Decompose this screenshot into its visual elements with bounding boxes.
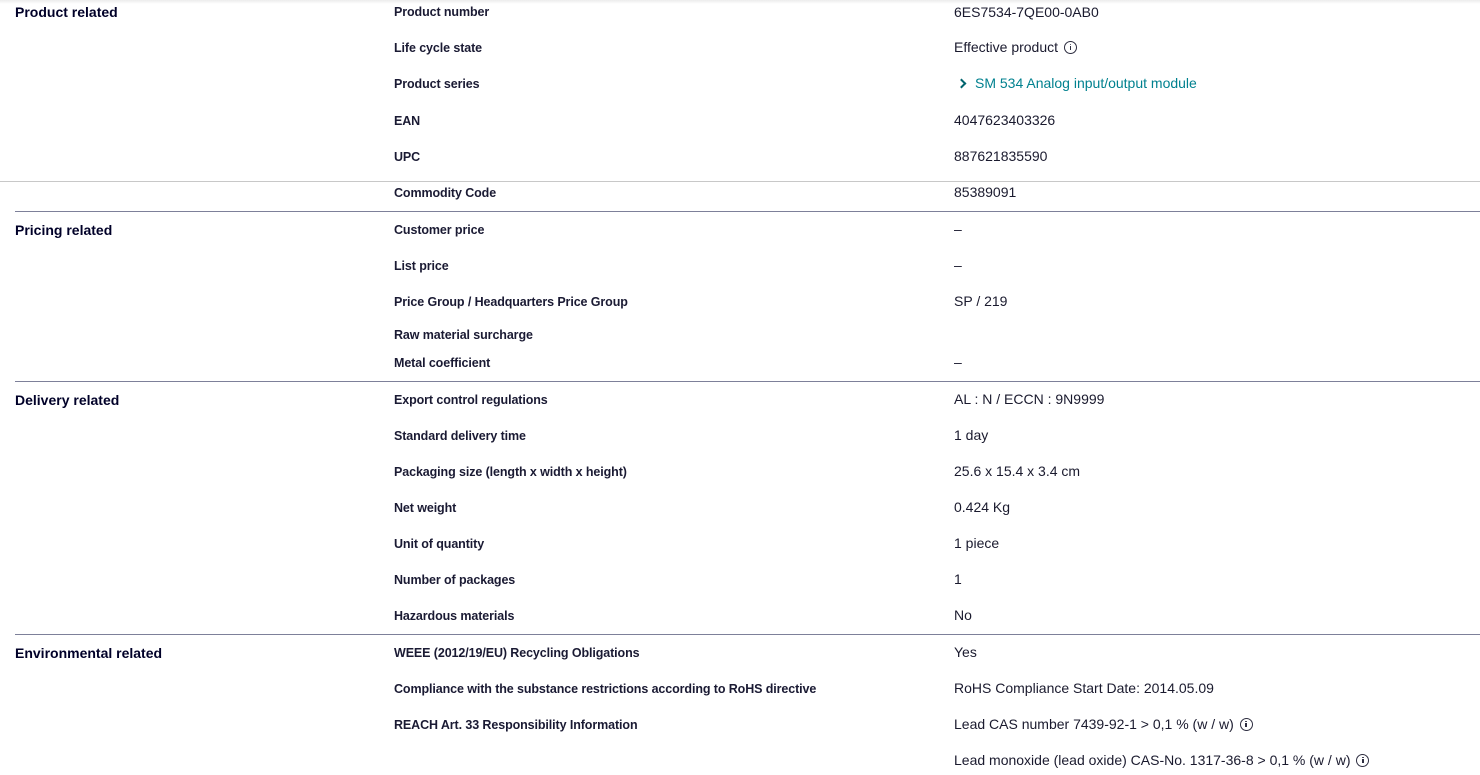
label-ean: EAN [394,114,420,128]
label-metal-coefficient: Metal coefficient [394,356,490,370]
value-hazardous-materials: No [954,607,972,623]
value-product-number: 6ES7534-7QE00-0AB0 [954,4,1099,20]
label-packaging-size: Packaging size (length x width x height) [394,465,627,479]
section-title-pricing: Pricing related [15,222,112,238]
section-divider [15,381,1480,382]
chevron-right-icon [957,78,967,88]
label-product-series: Product series [394,77,479,91]
value-ean: 4047623403326 [954,112,1055,128]
label-upc: UPC [394,150,420,164]
value-export-control: AL : N / ECCN : 9N9999 [954,391,1104,407]
label-number-of-packages: Number of packages [394,573,515,587]
value-metal-coefficient: – [954,354,962,370]
value-standard-delivery-time: 1 day [954,427,988,443]
label-standard-delivery-time: Standard delivery time [394,429,526,443]
reach-lead-monoxide-text: Lead monoxide (lead oxide) CAS-No. 1317-… [954,752,1350,768]
value-unit-of-quantity: 1 piece [954,535,999,551]
section-title-environmental: Environmental related [15,645,162,661]
value-packaging-size: 25.6 x 15.4 x 3.4 cm [954,463,1080,479]
label-net-weight: Net weight [394,501,456,515]
value-customer-price: – [954,221,962,237]
value-net-weight: 0.424 Kg [954,499,1010,515]
label-list-price: List price [394,259,449,273]
product-data-table: Product related Product number 6ES7534-7… [0,0,1480,775]
info-icon[interactable] [1356,754,1369,767]
info-icon[interactable] [1240,718,1253,731]
label-product-number: Product number [394,5,489,19]
top-shadow [0,0,1480,4]
product-series-link-text[interactable]: SM 534 Analog input/output module [975,75,1197,91]
life-cycle-state-text: Effective product [954,39,1058,55]
section-divider [15,634,1480,635]
label-life-cycle-state: Life cycle state [394,41,482,55]
label-hazardous-materials: Hazardous materials [394,609,514,623]
section-title-delivery: Delivery related [15,392,119,408]
info-icon[interactable] [1064,41,1077,54]
value-life-cycle-state: Effective product [954,39,1077,55]
value-upc: 887621835590 [954,148,1047,164]
value-list-price: – [954,257,962,273]
label-reach-art33: REACH Art. 33 Responsibility Information [394,718,637,732]
value-price-group: SP / 219 [954,293,1007,309]
row-divider [0,181,1480,182]
value-weee: Yes [954,644,977,660]
value-number-of-packages: 1 [954,571,962,587]
label-raw-material-surcharge: Raw material surcharge [394,328,533,342]
value-commodity-code: 85389091 [954,184,1016,200]
label-commodity-code: Commodity Code [394,186,496,200]
value-reach-lead: Lead CAS number 7439-92-1 > 0,1 % (w / w… [954,716,1253,732]
label-export-control: Export control regulations [394,393,548,407]
label-weee: WEEE (2012/19/EU) Recycling Obligations [394,646,639,660]
label-unit-of-quantity: Unit of quantity [394,537,484,551]
label-price-group: Price Group / Headquarters Price Group [394,295,628,309]
reach-lead-text: Lead CAS number 7439-92-1 > 0,1 % (w / w… [954,716,1234,732]
section-divider [15,211,1480,212]
label-rohs-compliance: Compliance with the substance restrictio… [394,682,816,696]
section-title-product: Product related [15,4,118,20]
label-customer-price: Customer price [394,223,484,237]
value-rohs-compliance: RoHS Compliance Start Date: 2014.05.09 [954,680,1214,696]
product-series-link[interactable]: SM 534 Analog input/output module [954,75,1197,91]
value-reach-lead-monoxide: Lead monoxide (lead oxide) CAS-No. 1317-… [954,752,1369,768]
